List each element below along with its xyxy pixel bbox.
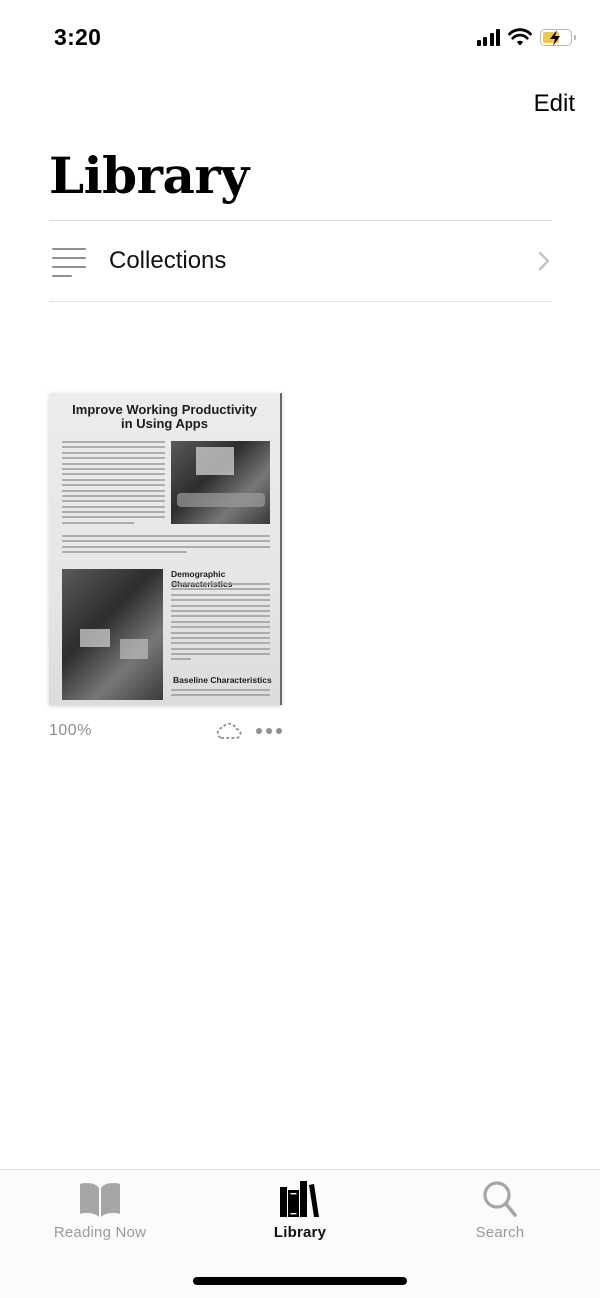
home-indicator[interactable] [193, 1277, 407, 1285]
divider [49, 301, 552, 302]
tab-search[interactable]: Search [400, 1180, 600, 1241]
tab-library[interactable]: Library [200, 1180, 400, 1241]
book-meta: 100% [49, 719, 282, 743]
book-photo-office [171, 441, 270, 524]
book-text-block [171, 689, 270, 700]
book-cover[interactable]: Improve Working Productivity in Using Ap… [49, 393, 282, 705]
edit-button[interactable]: Edit [534, 90, 575, 118]
page-title: Library [49, 146, 249, 205]
book-photo-team [62, 569, 163, 700]
chevron-right-icon [538, 251, 550, 271]
book-text-block [62, 535, 270, 557]
book-text-block [171, 583, 270, 664]
wifi-icon [508, 28, 532, 46]
open-book-icon [78, 1180, 122, 1218]
list-icon [52, 245, 88, 277]
magnifier-icon [480, 1180, 520, 1218]
status-icons [477, 28, 573, 46]
book-text-block [62, 441, 165, 527]
books-shelf-icon [279, 1180, 321, 1218]
ellipsis-icon[interactable] [256, 728, 282, 734]
status-time: 3:20 [54, 24, 101, 51]
collections-row[interactable]: Collections [49, 221, 552, 301]
book-title: Improve Working Productivity in Using Ap… [49, 403, 280, 431]
collections-label: Collections [109, 247, 226, 275]
cloud-download-icon[interactable] [214, 721, 242, 741]
book-heading-baseline: Baseline Characteristics [173, 675, 272, 685]
status-bar: 3:20 [0, 0, 600, 80]
tab-reading-now[interactable]: Reading Now [0, 1180, 200, 1241]
reading-progress: 100% [49, 722, 92, 740]
battery-charging-icon [540, 29, 572, 46]
cellular-signal-icon [477, 29, 501, 46]
